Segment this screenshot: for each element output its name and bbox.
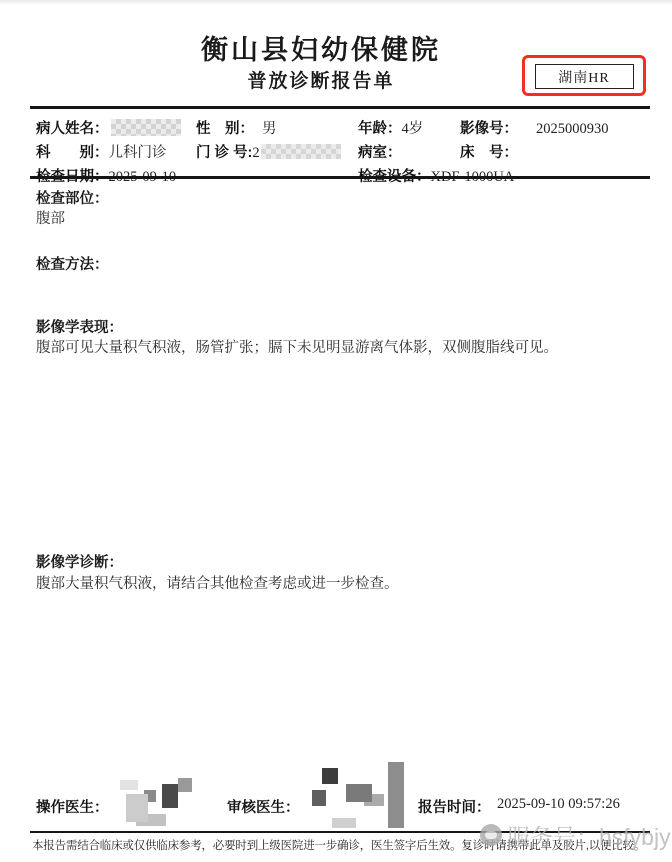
diagnosis-label: 影像学诊断： [36,551,123,572]
region-stamp-highlight: 湖南HR [522,55,646,96]
department-value: 儿科门诊 [109,145,167,161]
exam-part-label: 检查部位： [36,187,109,208]
diagnosis-value: 腹部大量积气积液，请结合其他检查考虑或进一步检查。 [36,574,648,595]
patient-name-label: 病人姓名： [36,121,109,137]
patient-name-redacted [111,119,181,136]
bed-no-label: 床 号： [460,145,518,161]
field-age: 年龄：4岁 [358,117,423,138]
field-gender: 性 别：男 [196,117,277,138]
watermark-text: 服务号：hsfybjy [507,819,671,852]
gender-label: 性 别： [196,121,254,137]
image-no-value: 2025000930 [536,121,609,137]
reviewer-label: 审核医生： [227,796,300,817]
ward-label: 病室： [358,145,402,161]
gender-value: 男 [262,121,277,137]
exam-part-value: 腹部 [36,209,648,230]
outpatient-no-value: 2 [252,145,259,161]
field-ward: 病室： [358,141,402,162]
field-department: 科 别：儿科门诊 [36,141,167,162]
age-value: 4岁 [402,121,424,137]
operator-signature-redacted [118,768,210,828]
field-image-no: 影像号：2025000930 [460,117,609,138]
age-label: 年龄： [358,121,402,137]
operator-label: 操作医生： [36,796,109,817]
image-no-label: 影像号： [460,121,518,137]
field-outpatient-no: 门 诊 号:2 [196,141,341,162]
findings-value: 腹部可见大量积气积液，肠管扩张；膈下未见明显游离气体影，双侧腹脂线可见。 [36,338,648,359]
field-bed-no: 床 号： [460,141,518,162]
report-page: 衡山县妇幼保健院 普放诊断报告单 湖南HR 病人姓名： 性 别：男 年龄：4岁 … [0,0,672,862]
field-patient-name: 病人姓名： [36,117,181,138]
hr-stamp-box: 湖南HR [535,64,634,89]
reviewer-signature-redacted [312,760,412,834]
exam-method-label: 检查方法： [36,253,109,274]
findings-label: 影像学表现： [36,316,123,337]
service-account-watermark: 服务号：hsfybjy [480,814,672,856]
outpatient-no-redacted [261,144,341,159]
divider-info-bottom [30,176,650,179]
divider-top [30,106,650,109]
report-time-value: 2025-09-10 09:57:26 [497,796,620,813]
page-top-shadow [0,0,672,5]
department-label: 科 别： [36,145,109,161]
wechat-service-icon [480,824,502,846]
outpatient-no-label: 门 诊 号: [196,145,252,161]
